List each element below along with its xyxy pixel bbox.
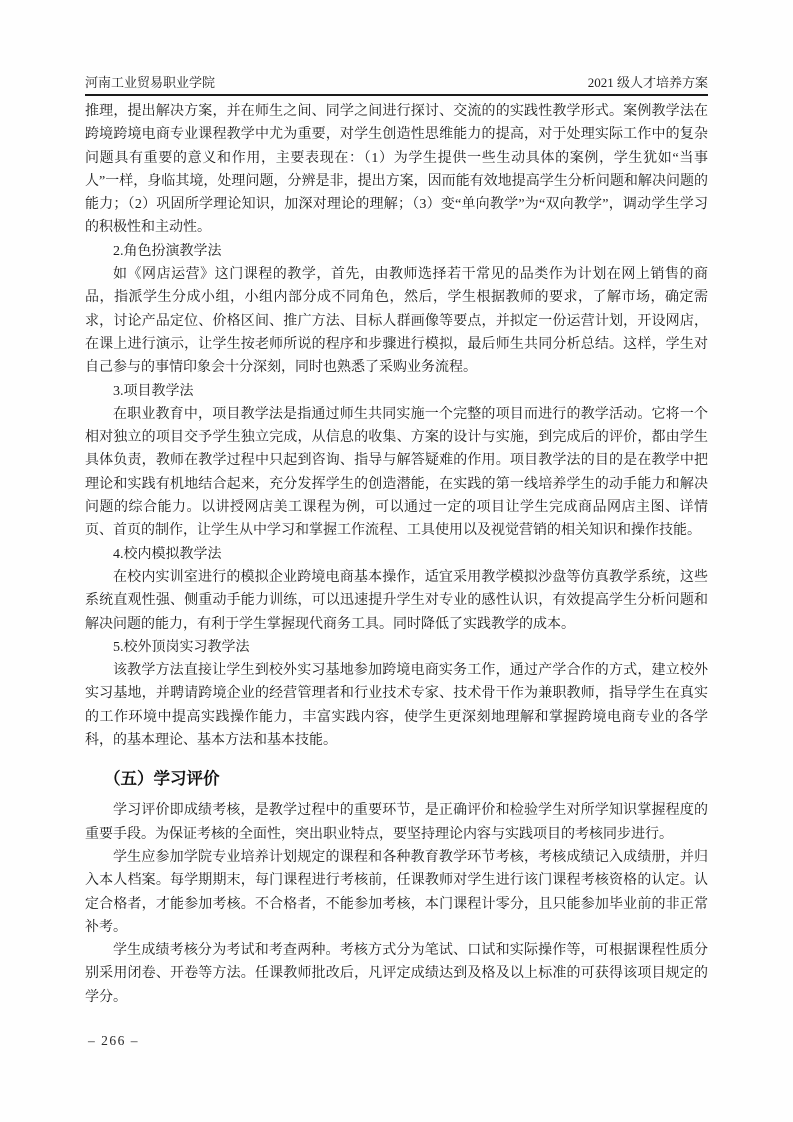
paragraph: 5.校外顶岗实习教学法 <box>85 636 708 659</box>
page-footer: – 266 – <box>88 1033 139 1049</box>
document-body: 推理，提出解决方案，并在师生之间、同学之间进行探讨、交流的的实践性教学形式。案例… <box>85 100 708 1009</box>
header-plan-title: 2021 级人才培养方案 <box>588 74 708 92</box>
paragraph: 学生应参加学院专业培养计划规定的课程和各种教育教学环节考核，考核成绩记入成绩册，… <box>85 846 708 939</box>
paragraph: 在职业教育中，项目教学法是指通过师生共同实施一个完整的项目而进行的教学活动。它将… <box>85 403 708 543</box>
paragraph: 学生成绩考核分为考试和考查两种。考核方式分为笔试、口试和实际操作等，可根据课程性… <box>85 939 708 1009</box>
section-heading: （五）学习评价 <box>85 767 708 791</box>
paragraph: 该教学方法直接让学生到校外实习基地参加跨境电商实务工作，通过产学合作的方式，建立… <box>85 659 708 752</box>
document-page: 河南工业贸易职业学院 2021 级人才培养方案 推理，提出解决方案，并在师生之间… <box>0 0 793 1122</box>
header-school-name: 河南工业贸易职业学院 <box>85 74 215 92</box>
header-rule <box>85 94 708 96</box>
paragraph: 4.校内模拟教学法 <box>85 543 708 566</box>
paragraph: 3.项目教学法 <box>85 380 708 403</box>
page-header: 河南工业贸易职业学院 2021 级人才培养方案 <box>85 74 708 92</box>
paragraph: 推理，提出解决方案，并在师生之间、同学之间进行探讨、交流的的实践性教学形式。案例… <box>85 100 708 240</box>
paragraph: 在校内实训室进行的模拟企业跨境电商基本操作，适宜采用教学模拟沙盘等仿真教学系统，… <box>85 566 708 636</box>
paragraph: 学习评价即成绩考核，是教学过程中的重要环节，是正确评价和检验学生对所学知识掌握程… <box>85 799 708 846</box>
paragraph: 2.角色扮演教学法 <box>85 240 708 263</box>
page-number: – 266 – <box>88 1033 139 1048</box>
paragraph: 如《网店运营》这门课程的教学，首先，由教师选择若干常见的品类作为计划在网上销售的… <box>85 263 708 379</box>
